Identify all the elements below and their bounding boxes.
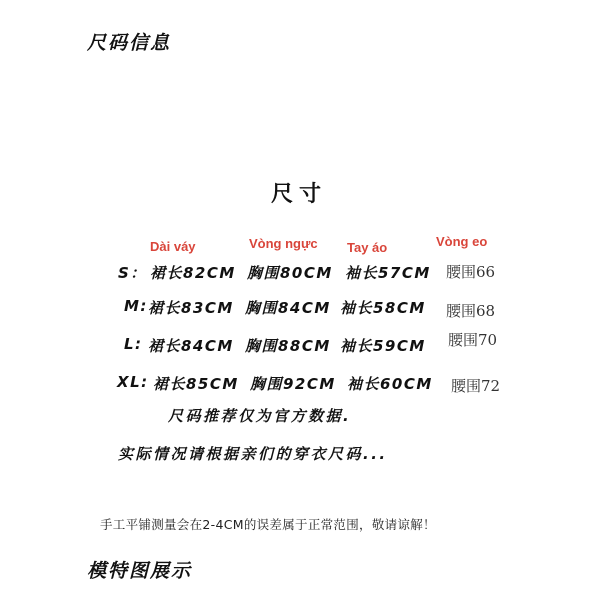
model-photos-title: 模特图展示 — [87, 556, 192, 583]
measurement-disclaimer: 手工平铺测量会在2-4CM的误差属于正常范围，敬请谅解！ — [100, 515, 436, 533]
sleeve-value: 袖长57CM — [345, 262, 431, 283]
label-bust: Vòng ngực — [249, 236, 318, 251]
bust-value: 胸围92CM — [250, 373, 336, 394]
waist-value: 腰围70 — [448, 329, 497, 350]
size-info-title: 尺码信息 — [87, 28, 171, 55]
waist-value: 腰围72 — [451, 375, 500, 396]
sleeve-value: 袖长60CM — [347, 373, 433, 394]
label-skirt-length: Dài váy — [150, 239, 196, 254]
skirt-length-value: 裙长85CM — [153, 373, 239, 394]
skirt-length-value: 裙长84CM — [148, 335, 234, 356]
skirt-length-value: 裙长83CM — [148, 297, 234, 318]
size-name: S： — [118, 262, 147, 283]
note-official-data: 尺码推荐仅为官方数据. — [168, 405, 351, 426]
bust-value: 胸围88CM — [245, 335, 331, 356]
size-name: M: — [124, 297, 148, 315]
bust-value: 胸围84CM — [245, 297, 331, 318]
label-waist: Vòng eo — [436, 234, 487, 249]
waist-value: 腰围68 — [446, 300, 495, 321]
sleeve-value: 袖长58CM — [340, 297, 426, 318]
size-name: L: — [124, 335, 143, 353]
sleeve-value: 袖长59CM — [340, 335, 426, 356]
bust-value: 胸围80CM — [247, 262, 333, 283]
size-heading: 尺寸 — [271, 177, 327, 208]
note-fit-advice: 实际情况请根据亲们的穿衣尺码... — [118, 443, 388, 464]
label-sleeve: Tay áo — [347, 240, 387, 255]
size-name: XL: — [117, 373, 149, 391]
skirt-length-value: 裙长82CM — [150, 262, 236, 283]
waist-value: 腰围66 — [446, 261, 495, 282]
